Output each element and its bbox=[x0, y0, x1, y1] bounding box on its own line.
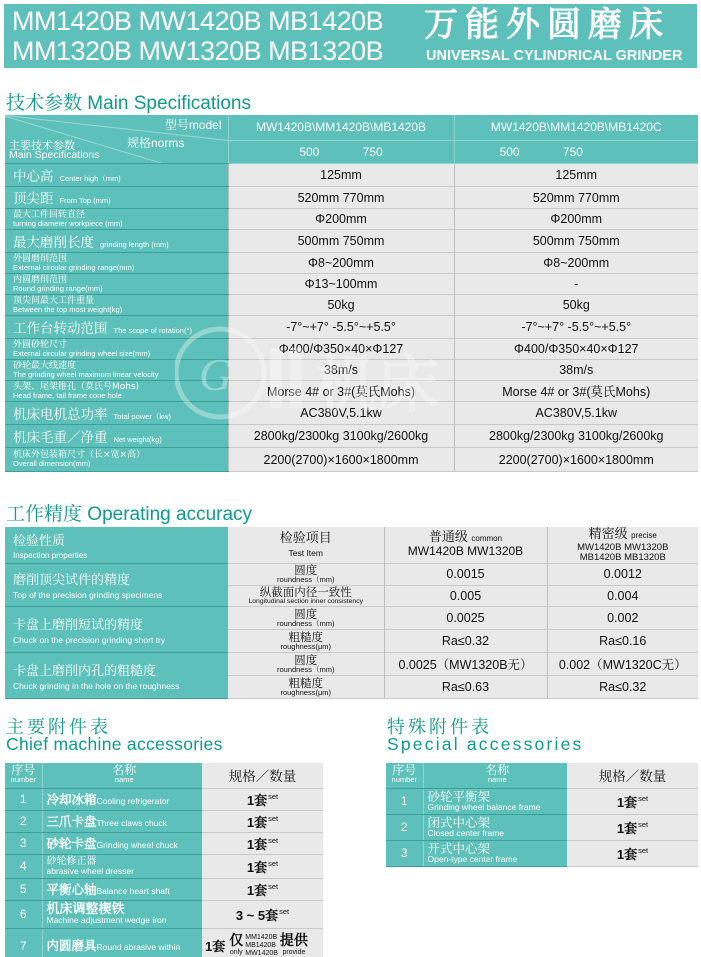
accessory-name-en: Round abrasive within bbox=[97, 942, 181, 952]
model-mw1420b: MW1420B bbox=[245, 950, 278, 957]
accessory-quantity: 1套set bbox=[202, 788, 323, 810]
title-en: UNIVERSAL CYLINDRICAL GRINDER bbox=[426, 48, 682, 64]
accuracy-header-common: 普通级 common MW1420B MW1320B bbox=[384, 527, 547, 563]
group-label-en: Top of the precision grinding specimens bbox=[13, 590, 228, 600]
spec-label-en: External circular grinding wheel size(mm… bbox=[13, 350, 228, 358]
group-label-cn: 卡盘上磨削短试的精度 bbox=[13, 614, 228, 633]
only-label-en: only bbox=[230, 949, 243, 957]
accessory-name-cn: 平衡心轴 bbox=[47, 882, 97, 897]
accessory-name-en: Three claws chuck bbox=[97, 818, 167, 828]
accessory-number: 3 bbox=[386, 840, 423, 866]
test-item-en: roughness(μm) bbox=[228, 643, 384, 651]
spec-value-col2: 520mm 770mm bbox=[454, 187, 698, 209]
quantity-unit: set bbox=[268, 792, 278, 801]
accuracy-row: 卡盘上磨削短试的精度Chuck on the precision grindin… bbox=[5, 606, 698, 629]
accuracy-common-value: 0.0015 bbox=[384, 563, 547, 585]
property-label-en: Inspection properties bbox=[13, 551, 228, 560]
quantity-unit: set bbox=[638, 846, 648, 855]
accuracy-common-value: 0.005 bbox=[384, 585, 547, 606]
col2-sizes: 500 750 bbox=[454, 140, 698, 163]
accuracy-section-title: 工作精度 Operating accuracy bbox=[6, 499, 252, 526]
specs-title-en: Main Specifications bbox=[87, 93, 251, 114]
quantity-unit: set bbox=[268, 814, 278, 823]
quantity-value: 1套 bbox=[247, 883, 267, 898]
model-line-2: MM1320B MW1320B MB1320B bbox=[12, 36, 383, 66]
spec-value-col2: - bbox=[454, 274, 698, 295]
spec-label-en: Between the top most weight(kg) bbox=[13, 306, 228, 314]
accessory-quantity: 1套set bbox=[202, 878, 323, 900]
accessory-name-en: Balance heart shaft bbox=[97, 886, 170, 896]
quantity-value: 1套 bbox=[247, 837, 267, 852]
accuracy-test-item: 粗糙度roughness(μm) bbox=[228, 629, 384, 652]
model-line-1: MM1420B MW1420B MB1420B bbox=[12, 6, 383, 36]
precise-label-en: precise bbox=[631, 531, 657, 540]
accuracy-test-item: 粗糙度roughness(μm) bbox=[228, 675, 384, 698]
chief-accessories-table: 序号 number 名称 name 规格／数量 1冷却冰箱Cooling ref… bbox=[5, 763, 323, 957]
spec-row: 砂轮最大线速度The grinding wheel maximum linear… bbox=[5, 360, 698, 381]
chief-accessory-row: 3砂轮卡盘Grinding wheel chuck1套set bbox=[5, 832, 323, 854]
accuracy-title-en: Operating accuracy bbox=[87, 504, 252, 525]
chief-accessory-row: 6机床调整楔铁Machine adjustment wedge iron3 ~ … bbox=[5, 900, 323, 928]
accuracy-row: 磨削顶尖试件的精度Top of the precision grinding s… bbox=[5, 563, 698, 585]
quantity-value: 1套 bbox=[617, 795, 637, 810]
item-label-cn: 检验项目 bbox=[228, 531, 384, 547]
accessory-name-en: Open-type center frame bbox=[428, 855, 568, 864]
accuracy-test-item: 圆度roundness（mm) bbox=[228, 563, 384, 585]
spec-value-col1: Φ200mm bbox=[228, 209, 454, 230]
accessory-name-en: Cooling refrigerator bbox=[97, 796, 170, 806]
accuracy-header-precise: 精密级 precise MW1420B MW1320B MB1420B MB13… bbox=[547, 527, 698, 563]
spec-label-en: From Top (mm) bbox=[60, 196, 111, 205]
num-label-en: number bbox=[5, 775, 42, 784]
model-list: MM1420B MW1420B MB1420B MM1320B MW1320B … bbox=[12, 6, 383, 66]
test-item-en: Longitudinal section inner consistency bbox=[228, 598, 384, 606]
accuracy-row: 卡盘上磨削内孔的粗糙度Chuck grinding in the hole on… bbox=[5, 652, 698, 675]
spec-value-col1: 2200(2700)×1600×1800mm bbox=[228, 448, 454, 472]
spec-value-col1: 38m/s bbox=[228, 360, 454, 381]
property-label-cn: 检验性质 bbox=[13, 530, 228, 549]
test-item-en: roundness（mm) bbox=[228, 666, 384, 674]
accuracy-table: 检验性质 Inspection properties 检验项目 Test Ite… bbox=[5, 527, 698, 699]
accessory-name-cn: 内圆磨具 bbox=[47, 938, 97, 953]
accessory-number: 5 bbox=[5, 878, 42, 900]
accuracy-precise-value: 0.004 bbox=[547, 585, 698, 606]
spec-label-en: turning diameter workpiece (mm) bbox=[13, 220, 228, 228]
spec-value-col2: 50kg bbox=[454, 295, 698, 316]
spec-row: 内圆磨削范围Round grinding range(mm)Φ13~100mm- bbox=[5, 274, 698, 295]
spec-value-col2: -7°~+7° -5.5°~+5.5° bbox=[454, 316, 698, 339]
test-item-en: roundness（mm) bbox=[228, 620, 384, 628]
spec-label-cn: 中心高 bbox=[13, 169, 54, 185]
spec-label: 外圆磨削范围External circular grinding range(m… bbox=[5, 253, 228, 274]
accessory-name: 砂轮卡盘Grinding wheel chuck bbox=[42, 832, 202, 854]
spec-row: 机床外包装箱尺寸（长×宽×高）Overall dimension(mm)2200… bbox=[5, 448, 698, 472]
accessory-quantity: 1套set bbox=[567, 840, 698, 866]
common-label-cn: 普通级 bbox=[429, 530, 468, 545]
chief-header-spec: 规格／数量 bbox=[202, 763, 323, 788]
accuracy-test-item: 圆度roundness（mm) bbox=[228, 652, 384, 675]
quantity-value: 1套 bbox=[205, 936, 225, 955]
accuracy-common-value: 0.0025 bbox=[384, 606, 547, 629]
spec-value-col1: 125mm bbox=[228, 164, 454, 187]
quantity-unit: set bbox=[268, 859, 278, 868]
spec-label: 头架、尾架锥孔（莫氏号Mohs)Head frame, tail frame c… bbox=[5, 381, 228, 402]
test-item-cn: 圆度 bbox=[228, 654, 384, 666]
test-item-cn: 粗糙度 bbox=[228, 631, 384, 643]
precise-models-2: MB1420B MB1320B bbox=[580, 552, 666, 563]
spec-label: 最大工件回转直径turning diameter workpiece (mm) bbox=[5, 209, 228, 230]
accessory-number: 6 bbox=[5, 900, 42, 928]
spec-value-col1: -7°~+7° -5.5°~+5.5° bbox=[228, 316, 454, 339]
accessory-quantity: 3 ~ 5套set bbox=[202, 900, 323, 928]
accuracy-title-cn: 工作精度 bbox=[6, 503, 82, 525]
spec-label: 顶尖距From Top (mm) bbox=[5, 187, 228, 209]
chief-accessory-row: 4砂轮修正器abrasive wheel dresser1套set bbox=[5, 854, 323, 878]
chief-header-name: 名称 name bbox=[42, 763, 202, 788]
spec-label-cn: 最大磨削长度 bbox=[13, 235, 94, 251]
quantity-value: 1套 bbox=[247, 815, 267, 830]
provide-label-cn: 提供 bbox=[280, 934, 308, 949]
name-label-cn: 名称 bbox=[47, 766, 203, 775]
accuracy-precise-value: Ra≤0.32 bbox=[547, 675, 698, 698]
spec-value-col1: AC380V,5.1kw bbox=[228, 402, 454, 425]
accessory-number: 1 bbox=[5, 788, 42, 810]
accessory-name-cn: 三爪卡盘 bbox=[47, 814, 97, 829]
specs-header-corner: 型号model 规格norms 主要技术参数 Main Specificatio… bbox=[5, 115, 228, 164]
num-label-cn: 序号 bbox=[5, 766, 42, 775]
accessory-name-en: abrasive wheel dresser bbox=[47, 867, 203, 876]
specs-table: 型号model 规格norms 主要技术参数 Main Specificatio… bbox=[5, 115, 698, 472]
spec-label: 机床电机总功率Total power（kw) bbox=[5, 402, 228, 425]
test-item-cn: 纵截面内径一致性 bbox=[228, 586, 384, 598]
quantity-unit: set bbox=[638, 794, 648, 803]
spec-label-en: Center high（mm) bbox=[60, 174, 121, 183]
accuracy-common-value: Ra≤0.63 bbox=[384, 675, 547, 698]
special-accessories-table: 序号 number 名称 name 规格／数量 1砂轮平衡架Grinding w… bbox=[386, 763, 698, 867]
special-title-en: Special accessories bbox=[387, 736, 583, 753]
accessory-number: 2 bbox=[386, 814, 423, 840]
quantity-value: 1套 bbox=[617, 847, 637, 862]
spec-value-col1: 500mm 750mm bbox=[228, 230, 454, 253]
common-models: MW1420B MW1320B bbox=[408, 544, 523, 558]
col1-model: MW1420B\MM1420B\MB1420B bbox=[228, 115, 454, 140]
title-cn: 万能外圆磨床 bbox=[424, 6, 670, 44]
num-label-cn: 序号 bbox=[386, 766, 423, 775]
spec-label-en: Round grinding range(mm) bbox=[13, 285, 228, 293]
num-label-en: number bbox=[386, 775, 423, 784]
quantity-unit: set bbox=[279, 907, 289, 916]
accessory-name-cn: 冷却冰箱 bbox=[47, 792, 97, 807]
spec-value-col2: Φ8~200mm bbox=[454, 253, 698, 274]
spec-label-cn: 工作台转动范围 bbox=[13, 321, 108, 337]
accuracy-group-label: 磨削顶尖试件的精度Top of the precision grinding s… bbox=[5, 563, 228, 606]
chief-accessory-row: 1冷却冰箱Cooling refrigerator1套set bbox=[5, 788, 323, 810]
accuracy-precise-value: 0.0012 bbox=[547, 563, 698, 585]
chief-accessory-row: 7内圆磨具Round abrasive within 1套 仅 only MM1… bbox=[5, 928, 323, 957]
spec-label: 砂轮最大线速度The grinding wheel maximum linear… bbox=[5, 360, 228, 381]
spec-row: 顶尖距From Top (mm)520mm 770mm520mm 770mm bbox=[5, 187, 698, 209]
norms-label: 规格norms bbox=[127, 134, 184, 151]
spec-label: 顶尖间最大工件重量Between the top most weight(kg) bbox=[5, 295, 228, 316]
accuracy-precise-value: 0.002（MW1320C无） bbox=[547, 652, 698, 675]
spec-row: 机床毛重／净重Net weight(kg)2800kg/2300kg 3100k… bbox=[5, 425, 698, 448]
spec-value-col2: Morse 4# or 3#(莫氏Mohs) bbox=[454, 381, 698, 402]
spec-row: 中心高Center high（mm)125mm125mm bbox=[5, 164, 698, 187]
spec-label: 内圆磨削范围Round grinding range(mm) bbox=[5, 274, 228, 295]
chief-title-en: Chief machine accessories bbox=[6, 736, 223, 753]
test-item-en: roughness(μm) bbox=[228, 689, 384, 697]
quantity-unit: set bbox=[268, 836, 278, 845]
spec-label-en: The grinding wheel maximum linear veloci… bbox=[13, 371, 228, 379]
spec-row: 外圆磨削范围External circular grinding range(m… bbox=[5, 253, 698, 274]
spec-label-en: Total power（kw) bbox=[114, 412, 172, 421]
accessory-name: 三爪卡盘Three claws chuck bbox=[42, 810, 202, 832]
special-accessory-row: 3开式中心架Open-type center frame1套set bbox=[386, 840, 698, 866]
spec-label-cn: 顶尖距 bbox=[13, 191, 54, 207]
specs-title-cn: 技术参数 bbox=[6, 92, 82, 114]
special-accessory-row: 2闭式中心架Closed center frame1套set bbox=[386, 814, 698, 840]
quantity-value: 1套 bbox=[247, 793, 267, 808]
accuracy-common-value: 0.0025（MW1320B无） bbox=[384, 652, 547, 675]
spec-label: 外圆砂轮尺寸External circular grinding wheel s… bbox=[5, 339, 228, 360]
spec-row: 顶尖间最大工件重量Between the top most weight(kg)… bbox=[5, 295, 698, 316]
col2-size-750: 750 bbox=[543, 145, 603, 159]
quantity-value: 1套 bbox=[617, 821, 637, 836]
col2-size-500: 500 bbox=[480, 145, 540, 159]
group-label-en: Chuck grinding in the hole on the roughn… bbox=[13, 681, 228, 691]
accessory-number: 7 bbox=[5, 928, 42, 957]
accuracy-group-label: 卡盘上磨削短试的精度Chuck on the precision grindin… bbox=[5, 606, 228, 652]
quantity-value: 1套 bbox=[247, 860, 267, 875]
spec-value-col2: Φ200mm bbox=[454, 209, 698, 230]
col1-size-500: 500 bbox=[279, 145, 339, 159]
spec-value-col1: Morse 4# or 3#(莫氏Mohs) bbox=[228, 381, 454, 402]
test-item-cn: 粗糙度 bbox=[228, 677, 384, 689]
spec-label-en: Head frame, tail frame cone hole bbox=[13, 392, 228, 400]
spec-label-en: Net weight(kg) bbox=[114, 435, 162, 444]
accessory-name: 内圆磨具Round abrasive within bbox=[42, 928, 202, 957]
spec-value-col2: 38m/s bbox=[454, 360, 698, 381]
accessory-quantity: 1套set bbox=[567, 788, 698, 814]
quantity-unit: set bbox=[638, 820, 648, 829]
accessory-number: 2 bbox=[5, 810, 42, 832]
test-item-en: roundness（mm) bbox=[228, 576, 384, 584]
accessory-name: 机床调整楔铁Machine adjustment wedge iron bbox=[42, 900, 202, 928]
quantity-unit: set bbox=[268, 882, 278, 891]
spec-label-en: External circular grinding range(mm) bbox=[13, 264, 228, 272]
only-label-cn: 仅 bbox=[229, 934, 243, 949]
spec-label: 工作台转动范围The scope of rotation(°) bbox=[5, 316, 228, 339]
name-label-en: name bbox=[428, 775, 568, 784]
specs-section-title: 技术参数 Main Specifications bbox=[6, 88, 251, 115]
special-accessories-title: 特殊附件表 Special accessories bbox=[387, 719, 583, 753]
accessory-quantity: 1套 仅 only MM1420B MB1420B MW1420B 提供 pro… bbox=[202, 928, 323, 957]
spec-label-cn: 机床电机总功率 bbox=[13, 407, 108, 423]
spec-value-col1: Φ8~200mm bbox=[228, 253, 454, 274]
chief-accessories-title: 主要附件表 Chief machine accessories bbox=[6, 719, 223, 753]
params-label-en: Main Specifications bbox=[9, 149, 99, 161]
spec-value-col2: 125mm bbox=[454, 164, 698, 187]
model-mb1420b: MB1420B bbox=[245, 942, 278, 950]
accessory-quantity: 1套set bbox=[202, 832, 323, 854]
name-label-en: name bbox=[47, 775, 203, 784]
common-label-en: common bbox=[471, 534, 502, 543]
precise-label-cn: 精密级 bbox=[589, 527, 628, 542]
accessory-quantity: 1套set bbox=[202, 810, 323, 832]
spec-label: 中心高Center high（mm) bbox=[5, 164, 228, 187]
spec-label: 最大磨削长度grinding length (mm) bbox=[5, 230, 228, 253]
spec-label-en: The scope of rotation(°) bbox=[114, 326, 192, 335]
accuracy-common-value: Ra≤0.32 bbox=[384, 629, 547, 652]
group-label-cn: 卡盘上磨削内孔的粗糙度 bbox=[13, 660, 228, 679]
accuracy-group-label: 卡盘上磨削内孔的粗糙度Chuck grinding in the hole on… bbox=[5, 652, 228, 698]
spec-label: 机床毛重／净重Net weight(kg) bbox=[5, 425, 228, 448]
spec-row: 机床电机总功率Total power（kw)AC380V,5.1kwAC380V… bbox=[5, 402, 698, 425]
chief-header-number: 序号 number bbox=[5, 763, 42, 788]
accessory-name: 开式中心架Open-type center frame bbox=[423, 840, 567, 866]
accuracy-header-property: 检验性质 Inspection properties bbox=[5, 527, 228, 563]
spec-label-cn: 机床毛重／净重 bbox=[13, 430, 108, 446]
accessory-quantity: 1套set bbox=[567, 814, 698, 840]
spec-value-col2: AC380V,5.1kw bbox=[454, 402, 698, 425]
spec-row: 外圆砂轮尺寸External circular grinding wheel s… bbox=[5, 339, 698, 360]
spec-value-col1: Φ13~100mm bbox=[228, 274, 454, 295]
accessory-name: 冷却冰箱Cooling refrigerator bbox=[42, 788, 202, 810]
group-label-en: Chuck on the precision grinding short tr… bbox=[13, 635, 228, 645]
accessory-name: 砂轮修正器abrasive wheel dresser bbox=[42, 854, 202, 878]
accessory-name: 平衡心轴Balance heart shaft bbox=[42, 878, 202, 900]
accuracy-test-item: 纵截面内径一致性Longitudinal section inner consi… bbox=[228, 585, 384, 606]
provide-label-en: provide bbox=[282, 949, 305, 957]
accuracy-header-item: 检验项目 Test Item bbox=[228, 527, 384, 563]
accessory-name-cn: 砂轮卡盘 bbox=[47, 836, 97, 851]
col1-size-750: 750 bbox=[343, 145, 403, 159]
name-label-cn: 名称 bbox=[428, 766, 568, 775]
accessory-name-en: Grinding wheel balance frame bbox=[428, 803, 568, 812]
header-banner: MM1420B MW1420B MB1420B MM1320B MW1320B … bbox=[4, 4, 697, 68]
group-label-cn: 磨削顶尖试件的精度 bbox=[13, 569, 228, 588]
spec-label-en: grinding length (mm) bbox=[100, 240, 169, 249]
spec-row: 最大磨削长度grinding length (mm)500mm 750mm500… bbox=[5, 230, 698, 253]
model-mm1420b: MM1420B bbox=[245, 934, 278, 942]
chief-accessory-row: 5平衡心轴Balance heart shaft1套set bbox=[5, 878, 323, 900]
spec-label-en: Overall dimension(mm) bbox=[13, 460, 228, 468]
spec-value-col2: 2200(2700)×1600×1800mm bbox=[454, 448, 698, 472]
accuracy-test-item: 圆度roundness（mm) bbox=[228, 606, 384, 629]
accessory-name: 闭式中心架Closed center frame bbox=[423, 814, 567, 840]
spec-row: 头架、尾架锥孔（莫氏号Mohs)Head frame, tail frame c… bbox=[5, 381, 698, 402]
spec-value-col1: 520mm 770mm bbox=[228, 187, 454, 209]
col1-sizes: 500 750 bbox=[228, 140, 454, 163]
special-accessory-row: 1砂轮平衡架Grinding wheel balance frame1套set bbox=[386, 788, 698, 814]
spec-value-col1: 50kg bbox=[228, 295, 454, 316]
accessory-name: 砂轮平衡架Grinding wheel balance frame bbox=[423, 788, 567, 814]
col2-model: MW1420B\MM1420B\MB1420C bbox=[454, 115, 698, 140]
special-header-name: 名称 name bbox=[423, 763, 567, 788]
spec-value-col1: 2800kg/2300kg 3100kg/2600kg bbox=[228, 425, 454, 448]
test-item-cn: 圆度 bbox=[228, 608, 384, 620]
chief-accessory-row: 2三爪卡盘Three claws chuck1套set bbox=[5, 810, 323, 832]
model-label: 型号model bbox=[165, 116, 222, 133]
accuracy-precise-value: 0.002 bbox=[547, 606, 698, 629]
special-header-number: 序号 number bbox=[386, 763, 423, 788]
accuracy-precise-value: Ra≤0.16 bbox=[547, 629, 698, 652]
spec-value-col2: Φ400/Φ350×40×Φ127 bbox=[454, 339, 698, 360]
accessory-number: 4 bbox=[5, 854, 42, 878]
accessory-quantity: 1套set bbox=[202, 854, 323, 878]
accessory-name-en: Closed center frame bbox=[428, 829, 568, 838]
special-header-spec: 规格／数量 bbox=[567, 763, 698, 788]
spec-value-col1: Φ400/Φ350×40×Φ127 bbox=[228, 339, 454, 360]
spec-row: 工作台转动范围The scope of rotation(°)-7°~+7° -… bbox=[5, 316, 698, 339]
spec-label: 机床外包装箱尺寸（长×宽×高）Overall dimension(mm) bbox=[5, 448, 228, 472]
accessory-name-en: Machine adjustment wedge iron bbox=[47, 916, 203, 925]
accessory-number: 1 bbox=[386, 788, 423, 814]
accessory-number: 3 bbox=[5, 832, 42, 854]
accessory-name-en: Grinding wheel chuck bbox=[97, 840, 178, 850]
spec-row: 最大工件回转直径turning diameter workpiece (mm)Φ… bbox=[5, 209, 698, 230]
spec-value-col2: 500mm 750mm bbox=[454, 230, 698, 253]
item-label-en: Test Item bbox=[228, 547, 384, 559]
spec-value-col2: 2800kg/2300kg 3100kg/2600kg bbox=[454, 425, 698, 448]
quantity-value: 3 ~ 5套 bbox=[236, 908, 278, 923]
